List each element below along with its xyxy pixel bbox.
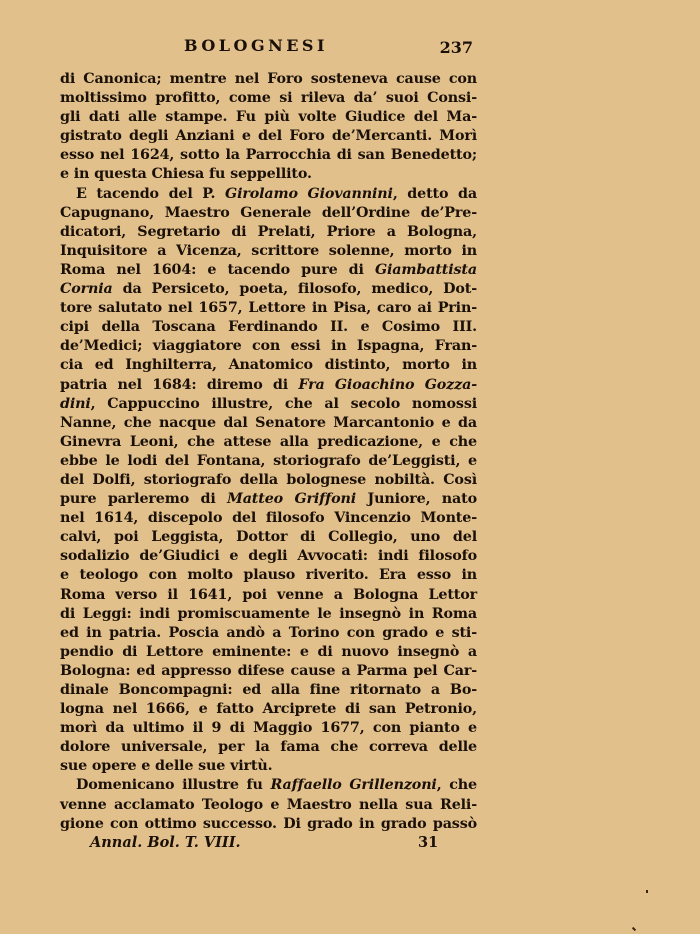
text-line: e teologo con molto plauso riverito. Era… [60, 566, 477, 585]
text-segment: sue opere e delle sue virtù. [60, 758, 272, 774]
text-segment: patria nel 1684: diremo di [60, 377, 298, 393]
text-segment: Roma verso il 1641, poi venne a Bologna … [60, 587, 477, 603]
text-line: sodalizio de’Giudici e degli Avvocati: i… [60, 547, 477, 566]
text-line: ed in patria. Poscia andò a Torino con g… [60, 624, 477, 643]
text-segment: Roma nel 1604: e tacendo pure di [60, 262, 375, 278]
text-segment: e teologo con molto plauso riverito. Era… [60, 567, 477, 583]
text-line: E tacendo del P. Girolamo Giovannini, de… [60, 185, 477, 204]
text-segment: pendio di Lettore eminente: e di nuovo i… [60, 644, 477, 660]
text-line: tore salutato nel 1657, Lettore in Pisa,… [60, 299, 477, 318]
text-segment: logna nel 1666, e fatto Arciprete di san… [60, 701, 477, 717]
italic-name: Fra Gioachino Gozza- [298, 377, 477, 393]
text-segment: calvi, poi Leggista, Dottor di Collegio,… [60, 529, 477, 545]
text-line: e in questa Chiesa fu seppellito. [60, 165, 477, 184]
text-segment: gione con ottimo successo. Di grado in g… [60, 816, 477, 832]
book-page: BOLOGNESI 237 di Canonica; mentre nel Fo… [60, 36, 477, 856]
text-line: patria nel 1684: diremo di Fra Gioachino… [60, 376, 477, 395]
text-segment: de’Medici; viaggiatore con essi in Ispag… [60, 338, 477, 354]
text-line: de’Medici; viaggiatore con essi in Ispag… [60, 337, 477, 356]
text-segment: cipi della Toscana Ferdinando II. e Cosi… [60, 319, 477, 335]
text-line: nel 1614, discepolo del filosofo Vincenz… [60, 509, 477, 528]
text-line: dolore universale, per la fama che corre… [60, 738, 477, 757]
text-line: morì da ultimo il 9 di Maggio 1677, con … [60, 719, 477, 738]
text-segment: dolore universale, per la fama che corre… [60, 739, 477, 755]
text-segment: moltissimo profitto, come si rileva da’ … [60, 90, 477, 106]
text-line: Bologna: ed appresso difese cause a Parm… [60, 662, 477, 681]
text-line: logna nel 1666, e fatto Arciprete di san… [60, 700, 477, 719]
paper-speck [646, 890, 648, 893]
text-segment: Ginevra Leoni, che attese alla predicazi… [60, 434, 477, 450]
text-segment: sodalizio de’Giudici e degli Avvocati: i… [60, 548, 477, 564]
text-line: calvi, poi Leggista, Dottor di Collegio,… [60, 528, 477, 547]
text-segment: E tacendo del P. [76, 186, 225, 202]
text-segment: Bologna: ed appresso difese cause a Parm… [60, 663, 477, 679]
text-line: Domenicano illustre fu Raffaello Grillen… [60, 776, 477, 795]
text-line: Nanne, che nacque dal Senatore Marcanton… [60, 414, 477, 433]
text-line: dinale Boncompagni: ed alla fine ritorna… [60, 681, 477, 700]
text-line: Inquisitore a Vicenza, scrittore solenne… [60, 242, 477, 261]
text-line: pure parleremo di Matteo Griffoni Junior… [60, 490, 477, 509]
text-segment: dinale Boncompagni: ed alla fine ritorna… [60, 682, 477, 698]
text-segment: pure parleremo di [60, 491, 227, 507]
page-header: BOLOGNESI 237 [60, 36, 477, 66]
text-segment: , Cappuccino illustre, che al secolo nom… [91, 396, 477, 412]
text-line: Capugnano, Maestro Generale dell’Ordine … [60, 204, 477, 223]
text-line: gione con ottimo successo. Di grado in g… [60, 815, 477, 834]
page-footer: Annal. Bol. T. VIII. 31 [60, 834, 477, 856]
text-segment: esso nel 1624, sotto la Parrocchia di sa… [60, 147, 477, 163]
text-line: gli dati alle stampe. Fu più volte Giudi… [60, 108, 477, 127]
text-segment: dicatori, Segretario di Prelati, Priore … [60, 224, 477, 240]
text-line: cia ed Inghilterra, Anatomico distinto, … [60, 356, 477, 375]
text-line: gistrato degli Anziani e del Foro de’Mer… [60, 127, 477, 146]
italic-name: Raffaello Grillenzoni [270, 777, 436, 793]
text-segment: gli dati alle stampe. Fu più volte Giudi… [60, 109, 477, 125]
text-line: Roma nel 1604: e tacendo pure di Giambat… [60, 261, 477, 280]
text-segment: Nanne, che nacque dal Senatore Marcanton… [60, 415, 477, 431]
text-segment: Capugnano, Maestro Generale dell’Ordine … [60, 205, 477, 221]
italic-name: dini [60, 396, 91, 412]
text-segment: da Persiceto, poeta, filosofo, medico, D… [113, 281, 477, 297]
text-segment: venne acclamato Teologo e Maestro nella … [60, 797, 477, 813]
text-segment: e in questa Chiesa fu seppellito. [60, 166, 312, 182]
paper-speck [632, 927, 636, 931]
text-line: Ginevra Leoni, che attese alla predicazi… [60, 433, 477, 452]
text-segment: tore salutato nel 1657, Lettore in Pisa,… [60, 300, 477, 316]
text-segment: del Dolfi, storiografo della bolognese n… [60, 472, 477, 488]
text-segment: di Leggi: indi promiscuamente le insegnò… [60, 606, 477, 622]
text-segment: ebbe le lodi del Fontana, storiografo de… [60, 453, 477, 469]
text-line: pendio di Lettore eminente: e di nuovo i… [60, 643, 477, 662]
signature-line: Annal. Bol. T. VIII. [90, 834, 241, 851]
text-segment: , che [437, 777, 477, 793]
text-segment: , detto da [393, 186, 477, 202]
text-line: Cornia da Persiceto, poeta, filosofo, me… [60, 280, 477, 299]
italic-name: Cornia [60, 281, 113, 297]
text-line: Roma verso il 1641, poi venne a Bologna … [60, 586, 477, 605]
text-segment: Domenicano illustre fu [76, 777, 270, 793]
text-segment: nel 1614, discepolo del filosofo Vincenz… [60, 510, 477, 526]
text-segment: morì da ultimo il 9 di Maggio 1677, con … [60, 720, 477, 736]
text-line: ebbe le lodi del Fontana, storiografo de… [60, 452, 477, 471]
italic-name: Matteo Griffoni [227, 491, 356, 507]
text-line: del Dolfi, storiografo della bolognese n… [60, 471, 477, 490]
running-title: BOLOGNESI [184, 36, 328, 55]
signature-mark: 31 [418, 834, 438, 851]
text-segment: Inquisitore a Vicenza, scrittore solenne… [60, 243, 477, 259]
page-number: 237 [440, 38, 473, 57]
text-line: sue opere e delle sue virtù. [60, 757, 477, 776]
text-line: dini, Cappuccino illustre, che al secolo… [60, 395, 477, 414]
text-line: dicatori, Segretario di Prelati, Priore … [60, 223, 477, 242]
text-segment: Juniore, nato [356, 491, 477, 507]
body-text: di Canonica; mentre nel Foro sosteneva c… [60, 70, 477, 834]
text-line: cipi della Toscana Ferdinando II. e Cosi… [60, 318, 477, 337]
text-line: di Canonica; mentre nel Foro sosteneva c… [60, 70, 477, 89]
text-segment: cia ed Inghilterra, Anatomico distinto, … [60, 357, 477, 373]
text-line: moltissimo profitto, come si rileva da’ … [60, 89, 477, 108]
text-line: venne acclamato Teologo e Maestro nella … [60, 796, 477, 815]
text-segment: gistrato degli Anziani e del Foro de’Mer… [60, 128, 477, 144]
text-segment: ed in patria. Poscia andò a Torino con g… [60, 625, 477, 641]
italic-name: Girolamo Giovannini [225, 186, 393, 202]
text-segment: di Canonica; mentre nel Foro sosteneva c… [60, 71, 477, 87]
italic-name: Giambattista [375, 262, 477, 278]
text-line: di Leggi: indi promiscuamente le insegnò… [60, 605, 477, 624]
text-line: esso nel 1624, sotto la Parrocchia di sa… [60, 146, 477, 165]
